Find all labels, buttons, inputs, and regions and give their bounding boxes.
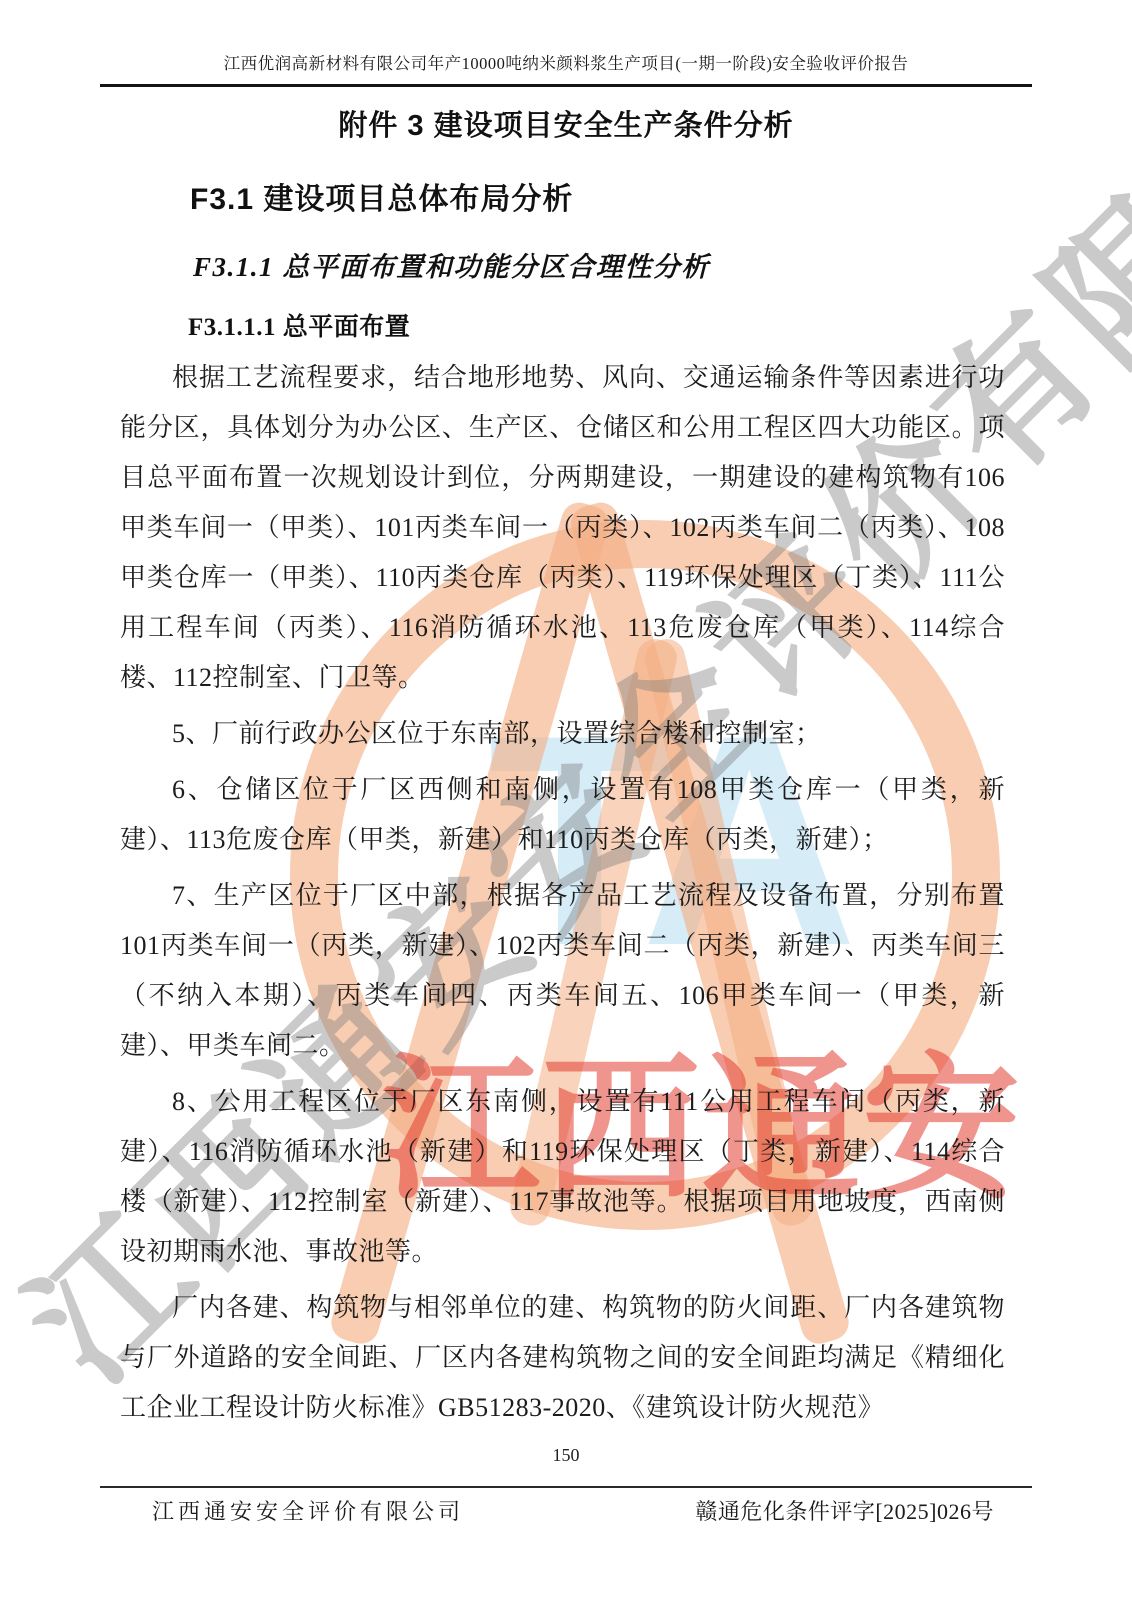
page-header-title: 江西优润高新材料有限公司年产10000吨纳米颜料浆生产项目(一期一阶段)安全验收… <box>0 0 1132 74</box>
heading-f3-1-1-1: F3.1.1.1 总平面布置 <box>188 307 1132 343</box>
body-paragraph: 根据工艺流程要求，结合地形地势、风向、交通运输条件等因素进行功能分区，具体划分为… <box>120 353 1005 703</box>
body-paragraph: 6、仓储区位于厂区西侧和南侧，设置有108甲类仓库一（甲类，新建）、113危废仓… <box>120 765 1005 865</box>
body-paragraph: 厂内各建、构筑物与相邻单位的建、构筑物的防火间距、厂内各建筑物与厂外道路的安全间… <box>120 1283 1005 1433</box>
content-layer: 江西优润高新材料有限公司年产10000吨纳米颜料浆生产项目(一期一阶段)安全验收… <box>0 0 1132 1526</box>
page-footer: 江西通安安全评价有限公司 赣通危化条件评字[2025]026号 <box>152 1495 994 1526</box>
document-page: TA 江西通安安全评价有限公司 江西通安 江西优润高新材料有限公司年产10000… <box>0 0 1132 1600</box>
body-paragraph: 5、厂前行政办公区位于东南部，设置综合楼和控制室； <box>120 709 1005 759</box>
body-text-block: 根据工艺流程要求，结合地形地势、风向、交通运输条件等因素进行功能分区，具体划分为… <box>120 353 1005 1433</box>
heading-f3-1-1: F3.1.1 总平面布置和功能分区合理性分析 <box>193 245 1132 284</box>
page-number: 150 <box>0 1445 1132 1466</box>
footer-doc-number: 赣通危化条件评字[2025]026号 <box>695 1495 994 1526</box>
footer-company-name: 江西通安安全评价有限公司 <box>152 1495 464 1526</box>
body-paragraph: 7、生产区位于厂区中部，根据各产品工艺流程及设备布置，分别布置101丙类车间一（… <box>120 871 1005 1071</box>
document-title: 附件 3 建设项目安全生产条件分析 <box>0 103 1132 144</box>
body-paragraph: 8、公用工程区位于厂区东南侧，设置有111公用工程车间（丙类，新建）、116消防… <box>120 1077 1005 1277</box>
header-rule <box>100 84 1032 87</box>
footer-rule <box>100 1486 1032 1488</box>
heading-f3-1: F3.1 建设项目总体布局分析 <box>190 174 1132 218</box>
